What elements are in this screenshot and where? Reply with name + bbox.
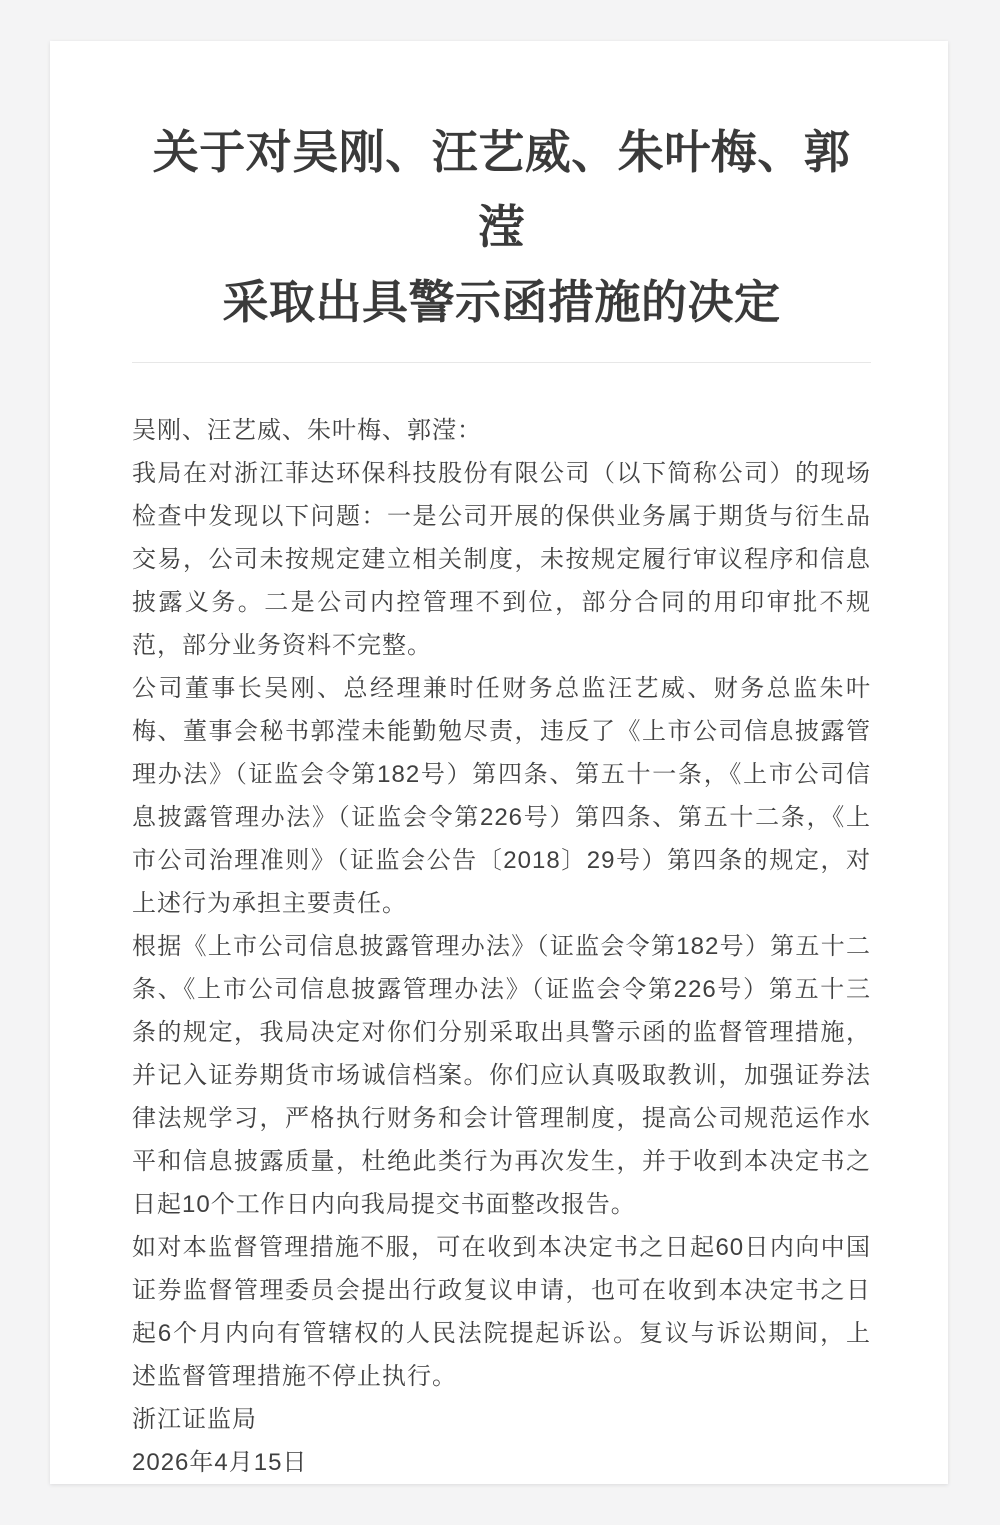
page-background: { "colors": { "page_background": "#f4f4f…	[0, 0, 1000, 1525]
date-line: 2026年4月15日	[132, 1441, 871, 1484]
paragraph-decision: 根据《上市公司信息披露管理办法》（证监会令第182号）第五十二条、《上市公司信息…	[132, 925, 871, 1226]
title-line-1: 关于对吴刚、汪艺威、朱叶梅、郭滢	[132, 115, 871, 265]
paragraph-appeal: 如对本监督管理措施不服，可在收到本决定书之日起60日内向中国证券监督管理委员会提…	[132, 1226, 871, 1398]
page-title: 关于对吴刚、汪艺威、朱叶梅、郭滢 采取出具警示函措施的决定	[132, 115, 871, 340]
document-body: 吴刚、汪艺威、朱叶梅、郭滢： 我局在对浙江菲达环保科技股份有限公司（以下简称公司…	[132, 409, 871, 1484]
salutation-line: 吴刚、汪艺威、朱叶梅、郭滢：	[132, 409, 871, 452]
title-divider	[132, 362, 871, 363]
paragraph-responsibility: 公司董事长吴刚、总经理兼时任财务总监汪艺威、财务总监朱叶梅、董事会秘书郭滢未能勤…	[132, 667, 871, 925]
article-card: 关于对吴刚、汪艺威、朱叶梅、郭滢 采取出具警示函措施的决定 吴刚、汪艺威、朱叶梅…	[50, 41, 948, 1484]
title-line-2: 采取出具警示函措施的决定	[132, 265, 871, 340]
signature-line: 浙江证监局	[132, 1398, 871, 1441]
paragraph-findings: 我局在对浙江菲达环保科技股份有限公司（以下简称公司）的现场检查中发现以下问题：一…	[132, 452, 871, 667]
